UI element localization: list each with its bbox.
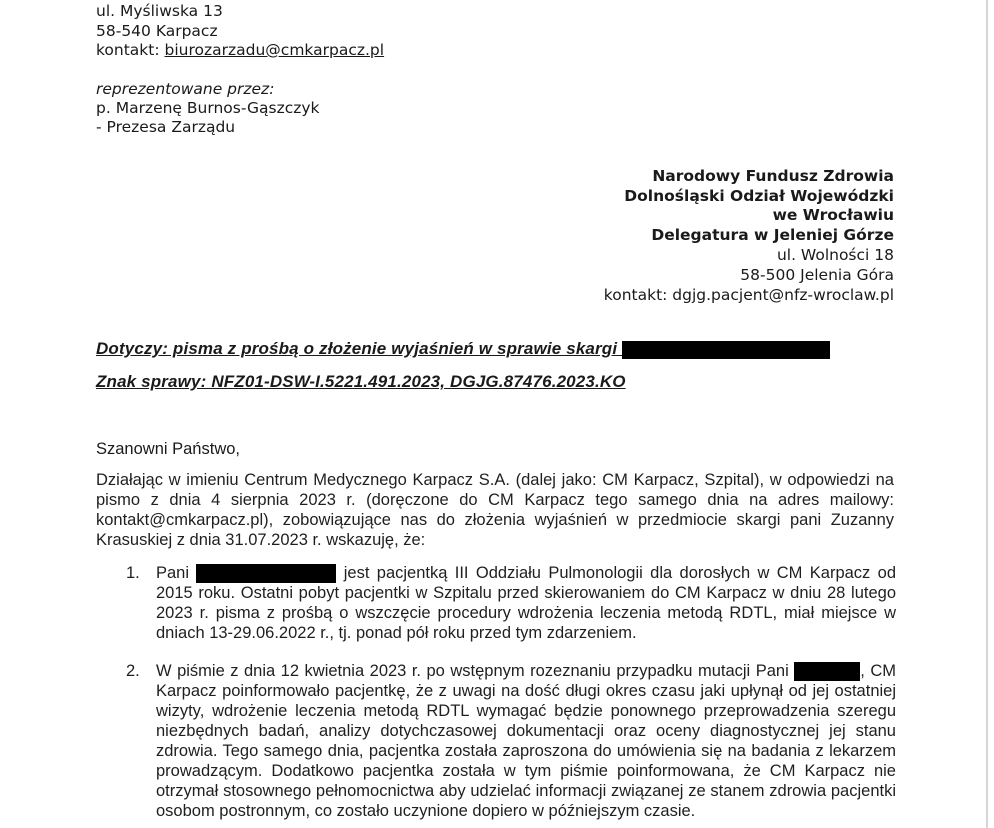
recipient-line2: Dolnośląski Odział Wojewódzki xyxy=(624,187,894,206)
recipient-line4: Delegatura w Jeleniej Górze xyxy=(651,226,894,245)
sender-contact: kontakt: biurozarzadu@cmkarpacz.pl xyxy=(96,41,384,60)
recipient-city: 58-500 Jelenia Góra xyxy=(740,266,894,285)
sender-contact-label: kontakt: xyxy=(96,41,165,59)
subject-regarding: Dotyczy: pisma z prośbą o złożenie wyjaś… xyxy=(96,339,830,359)
representative-name: p. Marzenę Burnos-Gąszczyk xyxy=(96,99,320,118)
item-text-before: Pani xyxy=(156,564,196,582)
list-item: 1. Pani jest pacjentką III Oddziału Pulm… xyxy=(126,563,896,643)
representative-role: - Prezesa Zarządu xyxy=(96,118,235,137)
recipient-street: ul. Wolności 18 xyxy=(777,246,894,265)
subject-case-number: Znak sprawy: NFZ01-DSW-I.5221.491.2023, … xyxy=(96,372,626,392)
scan-edge xyxy=(986,0,988,828)
greeting: Szanowni Państwo, xyxy=(96,440,240,459)
recipient-line3: we Wrocławiu xyxy=(773,206,894,225)
sender-street: ul. Myśliwska 13 xyxy=(96,2,223,21)
list-item: 2. W piśmie z dnia 12 kwietnia 2023 r. p… xyxy=(126,661,896,821)
sender-city: 58-540 Karpacz xyxy=(96,22,218,41)
intro-paragraph: Działając w imieniu Centrum Medycznego K… xyxy=(96,470,894,550)
list-item-text: Pani jest pacjentką III Oddziału Pulmono… xyxy=(156,563,896,643)
redaction-box xyxy=(196,564,336,583)
list-item-number: 2. xyxy=(126,661,140,681)
item-text-after: , CM Karpacz poinformowało pacjentkę, że… xyxy=(156,662,896,820)
represented-by-label: reprezentowane przez: xyxy=(96,80,274,99)
redaction-box xyxy=(794,662,860,681)
sender-email-link[interactable]: biurozarzadu@cmkarpacz.pl xyxy=(165,41,385,59)
recipient-contact: kontakt: dgjg.pacjent@nfz-wroclaw.pl xyxy=(604,286,894,305)
item-text-before: W piśmie z dnia 12 kwietnia 2023 r. po w… xyxy=(156,662,794,680)
redaction-box xyxy=(622,341,830,359)
subject-regarding-text: Dotyczy: pisma z prośbą o złożenie wyjaś… xyxy=(96,339,622,358)
recipient-line1: Narodowy Fundusz Zdrowia xyxy=(652,167,894,186)
list-item-number: 1. xyxy=(126,563,140,583)
list-item-text: W piśmie z dnia 12 kwietnia 2023 r. po w… xyxy=(156,661,896,821)
